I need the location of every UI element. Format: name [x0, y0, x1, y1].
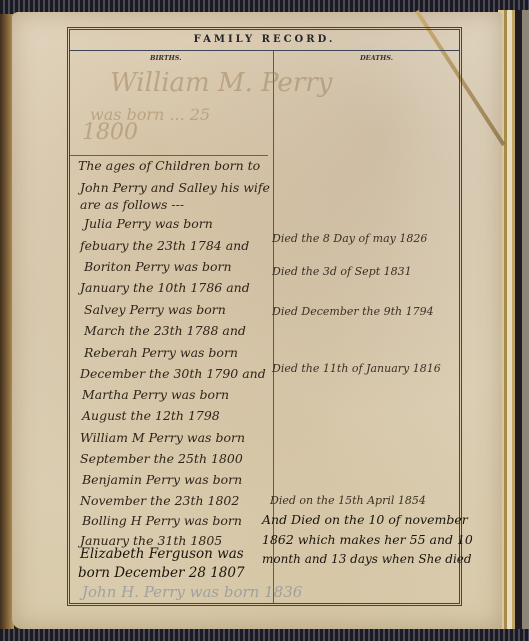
births-heading: BIRTHS.	[150, 54, 182, 62]
birth-entry-name: Bolling H Perry was born	[82, 513, 242, 528]
intro-line-1: The ages of Children born to	[78, 158, 260, 173]
elizabeth-birth-line-1: Elizabeth Ferguson was	[80, 546, 244, 562]
birth-entry-name: Martha Perry was born	[82, 387, 229, 402]
death-entry: Died the 8 Day of may 1826	[272, 232, 427, 245]
intro-line-3: are as follows ---	[80, 197, 184, 212]
birth-entry-name: Salvey Perry was born	[84, 302, 226, 317]
birth-entry-name: Reberah Perry was born	[84, 345, 238, 360]
title-divider	[70, 50, 459, 51]
elizabeth-death-line-3: month and 13 days when She died	[262, 552, 472, 566]
birth-entry-name: William M Perry was born	[80, 430, 245, 445]
death-entry: Died December the 9th 1794	[272, 305, 434, 318]
birth-entry-name: Julia Perry was born	[84, 216, 213, 231]
elizabeth-birth-line-2: born December 28 1807	[78, 565, 245, 581]
birth-entry-date: January the 10th 1786 and	[80, 280, 250, 295]
birth-entry-name: Boriton Perry was born	[84, 259, 232, 274]
header-underline	[70, 155, 268, 156]
birth-entry-date: March the 23th 1788 and	[84, 323, 246, 338]
page-title: FAMILY RECORD.	[70, 34, 459, 45]
elizabeth-death-line-1: And Died on the 10 of november	[262, 512, 468, 527]
birth-entry-date: febuary the 23th 1784 and	[80, 238, 249, 253]
bible-cover-zipper-bottom	[0, 629, 529, 641]
page-edges	[498, 10, 529, 630]
faint-name: William M. Perry	[110, 68, 332, 98]
faint-year: 1800	[82, 120, 138, 145]
birth-entry-date: September the 25th 1800	[80, 451, 243, 466]
death-entry: Died on the 15th April 1854	[270, 494, 426, 507]
death-entry: Died the 3d of Sept 1831	[272, 265, 412, 278]
birth-entry-date: November the 23th 1802	[80, 493, 239, 508]
death-entry: Died the 11th of January 1816	[272, 362, 441, 375]
birth-entry-date: December the 30th 1790 and	[80, 366, 266, 381]
birth-entry-date: August the 12th 1798	[82, 408, 220, 423]
birth-entry-name: Benjamin Perry was born	[82, 472, 242, 487]
deaths-heading: DEATHS.	[360, 54, 393, 62]
elizabeth-death-line-2: 1862 which makes her 55 and 10	[262, 532, 473, 547]
faint-bottom-note: John H. Perry was born 1836	[82, 583, 302, 601]
intro-line-2: John Perry and Salley his wife	[80, 180, 270, 195]
